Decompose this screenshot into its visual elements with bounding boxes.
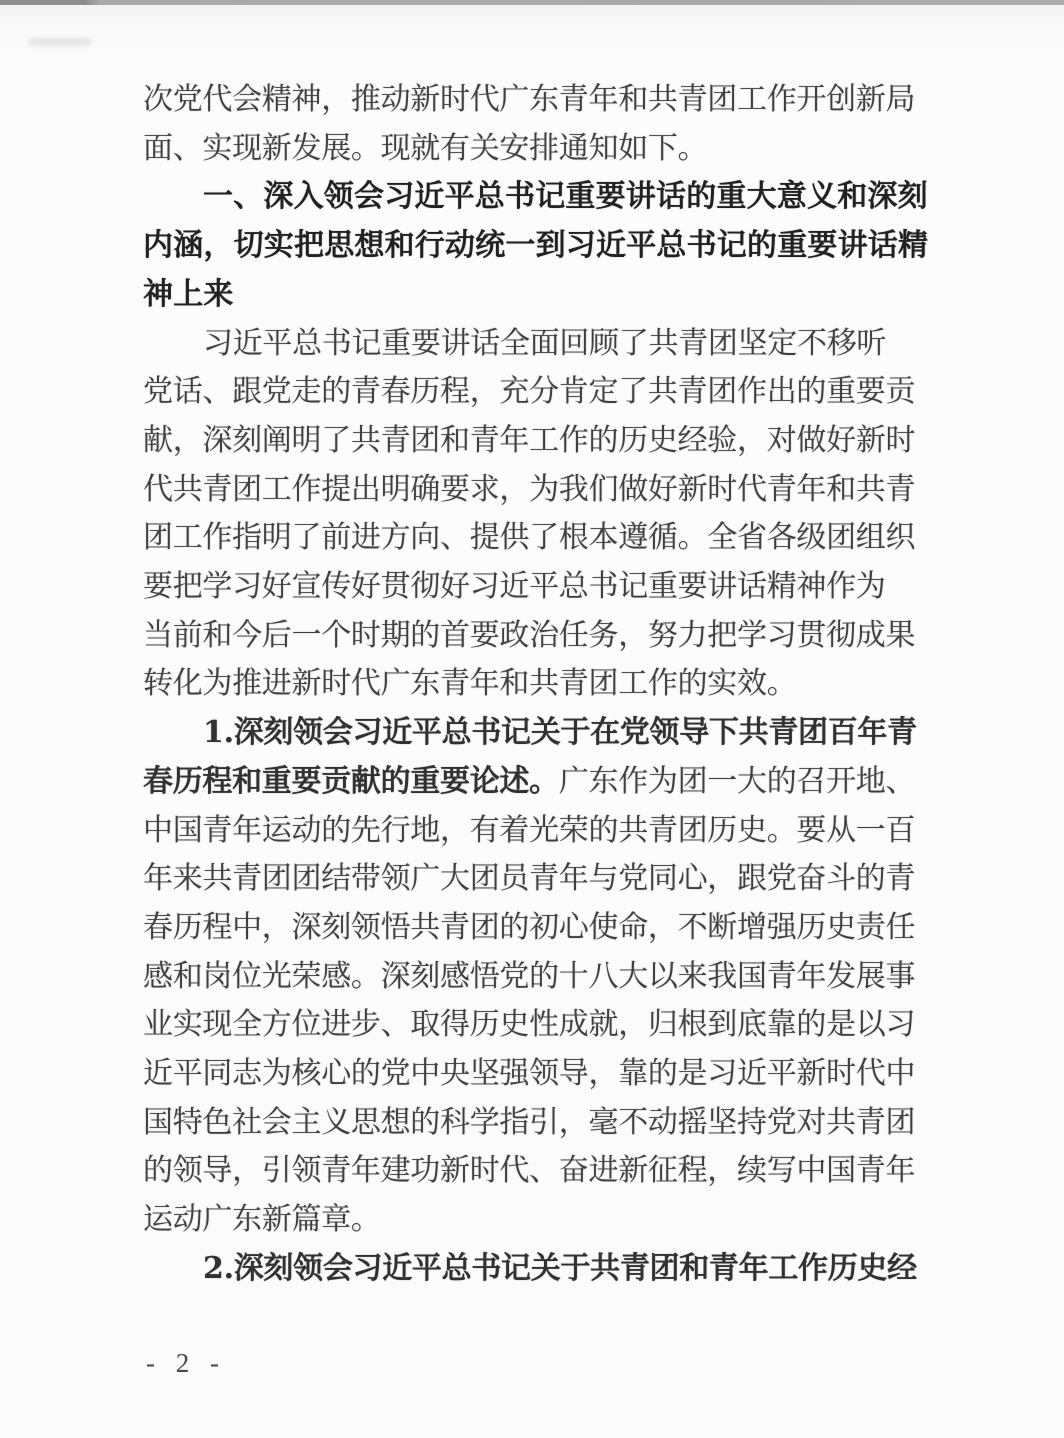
text-line: 转化为推进新时代广东青年和共青团工作的实效。	[143, 660, 918, 709]
text-line: 次党代会精神，推动新时代广东青年和共青团工作开创新局	[143, 76, 918, 125]
text-line: 近平同志为核心的党中央坚强领导，靠的是习近平新时代中	[143, 1050, 918, 1099]
text-line: 党话、跟党走的青春历程，充分肯定了共青团作出的重要贡	[143, 368, 918, 417]
text-segment-heading: 内涵，切实把思想和行动统一到习近平总书记的重要讲话精	[143, 229, 928, 262]
text-line: 的领导，引领青年建功新时代、奋进新征程，续写中国青年	[143, 1147, 918, 1196]
text-line: 感和岗位光荣感。深刻感悟党的十八大以来我国青年发展事	[143, 953, 918, 1002]
text-segment-body: 业实现全方位进步、取得历史性成就，归根到底靠的是以习	[143, 1008, 915, 1041]
text-segment-body: 运动广东新篇章。	[143, 1203, 381, 1236]
scan-artifact-top-bar	[0, 0, 1064, 5]
text-line: 神上来	[143, 271, 918, 320]
text-segment-body: 当前和今后一个时期的首要政治任务，努力把学习贯彻成果	[143, 619, 915, 652]
text-line: 春历程和重要贡献的重要论述。广东作为团一大的召开地、	[143, 758, 918, 807]
text-segment-body: 代共青团工作提出明确要求，为我们做好新时代青年和共青	[143, 473, 915, 506]
text-line: 中国青年运动的先行地，有着光荣的共青团历史。要从一百	[143, 807, 918, 856]
document-body: 次党代会精神，推动新时代广东青年和共青团工作开创新局面、实现新发展。现就有关安排…	[143, 76, 918, 1294]
text-line: 献，深刻阐明了共青团和青年工作的历史经验，对做好新时	[143, 417, 918, 466]
text-line: 当前和今后一个时期的首要政治任务，努力把学习贯彻成果	[143, 612, 918, 661]
text-line: 年来共青团团结带领广大团员青年与党同心，跟党奋斗的青	[143, 855, 918, 904]
text-segment-body: 团工作指明了前进方向、提供了根本遵循。全省各级团组织	[143, 521, 915, 554]
text-line: 运动广东新篇章。	[143, 1196, 918, 1245]
text-segment-body: 转化为推进新时代广东青年和共青团工作的实效。	[143, 667, 796, 700]
text-line: 要把学习好宣传好贯彻好习近平总书记重要讲话精神作为	[143, 563, 918, 612]
text-segment-body: 要把学习好宣传好贯彻好习近平总书记重要讲话精神作为	[143, 570, 886, 603]
text-line: 一、深入领会习近平总书记重要讲话的重大意义和深刻	[143, 173, 918, 222]
text-segment-body: 面、实现新发展。现就有关安排通知如下。	[143, 132, 707, 165]
text-line: 内涵，切实把思想和行动统一到习近平总书记的重要讲话精	[143, 222, 918, 271]
text-line: 面、实现新发展。现就有关安排通知如下。	[143, 125, 918, 174]
text-segment-body: 广东作为团一大的召开地、	[559, 765, 915, 798]
text-line: 春历程中，深刻领悟共青团的初心使命，不断增强历史责任	[143, 904, 918, 953]
text-segment-kai: 2.深刻领会习近平总书记关于共青团和青年工作历史经	[203, 1251, 917, 1286]
text-segment-body: 年来共青团团结带领广大团员青年与党同心，跟党奋斗的青	[143, 862, 915, 895]
text-segment-body: 中国青年运动的先行地，有着光荣的共青团历史。要从一百	[143, 814, 915, 847]
text-line: 1.深刻领会习近平总书记关于在党领导下共青团百年青	[143, 709, 918, 758]
text-segment-body: 习近平总书记重要讲话全面回顾了共青团坚定不移听	[203, 327, 886, 360]
text-segment-body: 感和岗位光荣感。深刻感悟党的十八大以来我国青年发展事	[143, 960, 915, 993]
text-line: 国特色社会主义思想的科学指引，毫不动摇坚持党对共青团	[143, 1099, 918, 1148]
text-segment-body: 近平同志为核心的党中央坚强领导，靠的是习近平新时代中	[143, 1057, 915, 1090]
text-segment-kai: 春历程和重要贡献的重要论述。	[143, 764, 559, 799]
text-line: 2.深刻领会习近平总书记关于共青团和青年工作历史经	[143, 1245, 918, 1294]
text-line: 业实现全方位进步、取得历史性成就，归根到底靠的是以习	[143, 1001, 918, 1050]
scanned-document-page: 次党代会精神，推动新时代广东青年和共青团工作开创新局面、实现新发展。现就有关安排…	[0, 0, 1064, 1438]
text-line: 代共青团工作提出明确要求，为我们做好新时代青年和共青	[143, 466, 918, 515]
text-segment-heading: 一、深入领会习近平总书记重要讲话的重大意义和深刻	[203, 180, 928, 213]
text-segment-kai: 1.深刻领会习近平总书记关于在党领导下共青团百年青	[203, 715, 917, 750]
text-segment-body: 的领导，引领青年建功新时代、奋进新征程，续写中国青年	[143, 1154, 915, 1187]
scan-artifact-smudge	[28, 38, 92, 46]
text-segment-body: 献，深刻阐明了共青团和青年工作的历史经验，对做好新时	[143, 424, 915, 457]
text-segment-body: 次党代会精神，推动新时代广东青年和共青团工作开创新局	[143, 83, 915, 116]
page-number: - 2 -	[146, 1348, 226, 1379]
text-line: 习近平总书记重要讲话全面回顾了共青团坚定不移听	[143, 320, 918, 369]
text-segment-heading: 神上来	[143, 278, 234, 311]
text-segment-body: 国特色社会主义思想的科学指引，毫不动摇坚持党对共青团	[143, 1106, 915, 1139]
text-line: 团工作指明了前进方向、提供了根本遵循。全省各级团组织	[143, 514, 918, 563]
text-segment-body: 春历程中，深刻领悟共青团的初心使命，不断增强历史责任	[143, 911, 915, 944]
text-segment-body: 党话、跟党走的青春历程，充分肯定了共青团作出的重要贡	[143, 375, 915, 408]
